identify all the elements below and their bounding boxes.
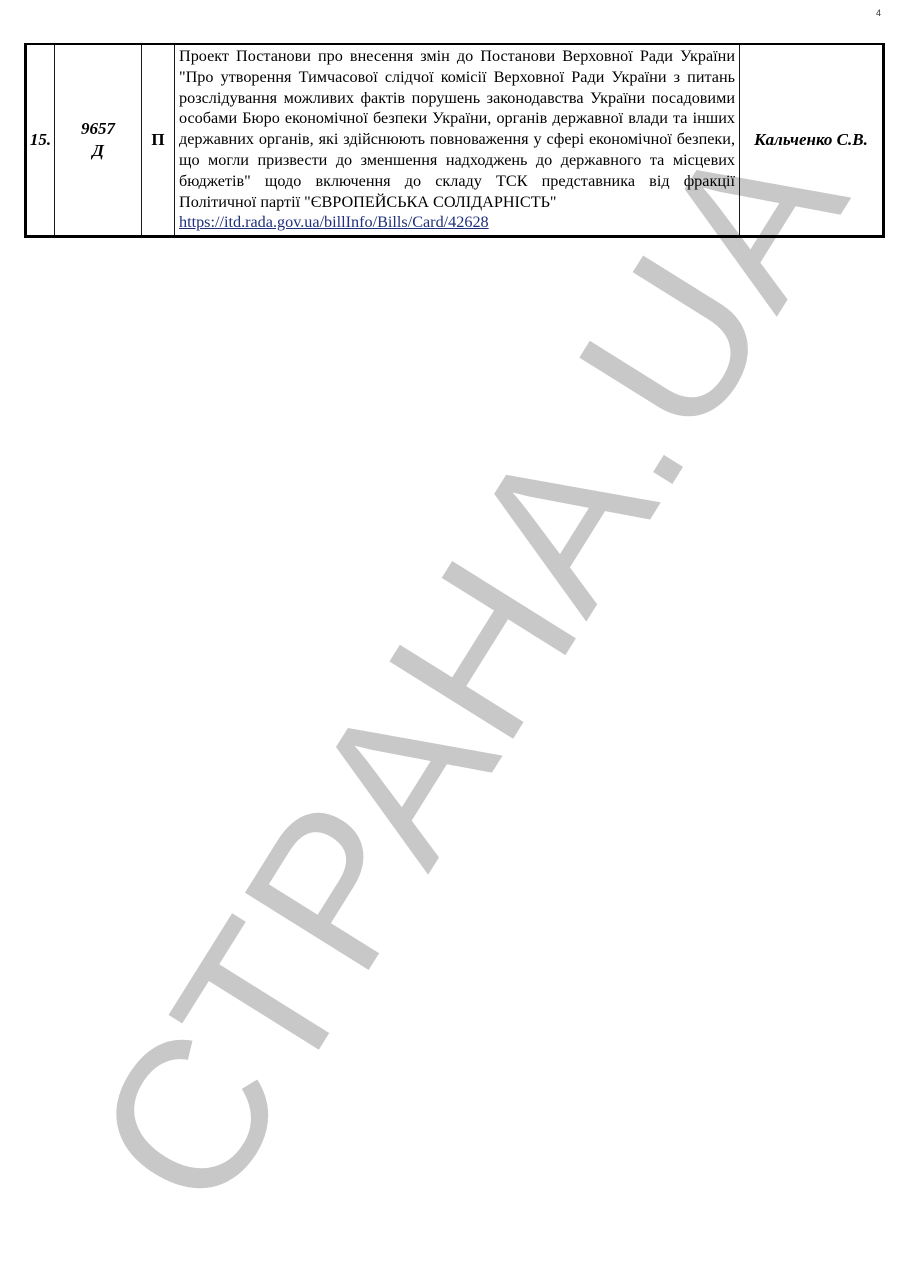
- bill-title: Проект Постанови про внесення змін до По…: [179, 46, 735, 212]
- bills-table: 15. 9657 Д П Проект Постанови про внесен…: [24, 43, 885, 238]
- bill-title-cell: Проект Постанови про внесення змін до По…: [175, 44, 740, 237]
- page-number: 4: [876, 8, 881, 18]
- registration-number-cell: 9657 Д: [55, 44, 142, 237]
- watermark: СТРАНА.UA: [59, 101, 880, 1240]
- table-row: 15. 9657 Д П Проект Постанови про внесен…: [26, 44, 884, 237]
- document-type: П: [142, 44, 175, 237]
- registration-number: 9657: [55, 118, 141, 140]
- row-index: 15.: [26, 44, 55, 237]
- bill-card-link[interactable]: https://itd.rada.gov.ua/billInfo/Bills/C…: [179, 213, 489, 231]
- bill-author: Кальченко С.В.: [740, 44, 884, 237]
- registration-suffix: Д: [55, 140, 141, 162]
